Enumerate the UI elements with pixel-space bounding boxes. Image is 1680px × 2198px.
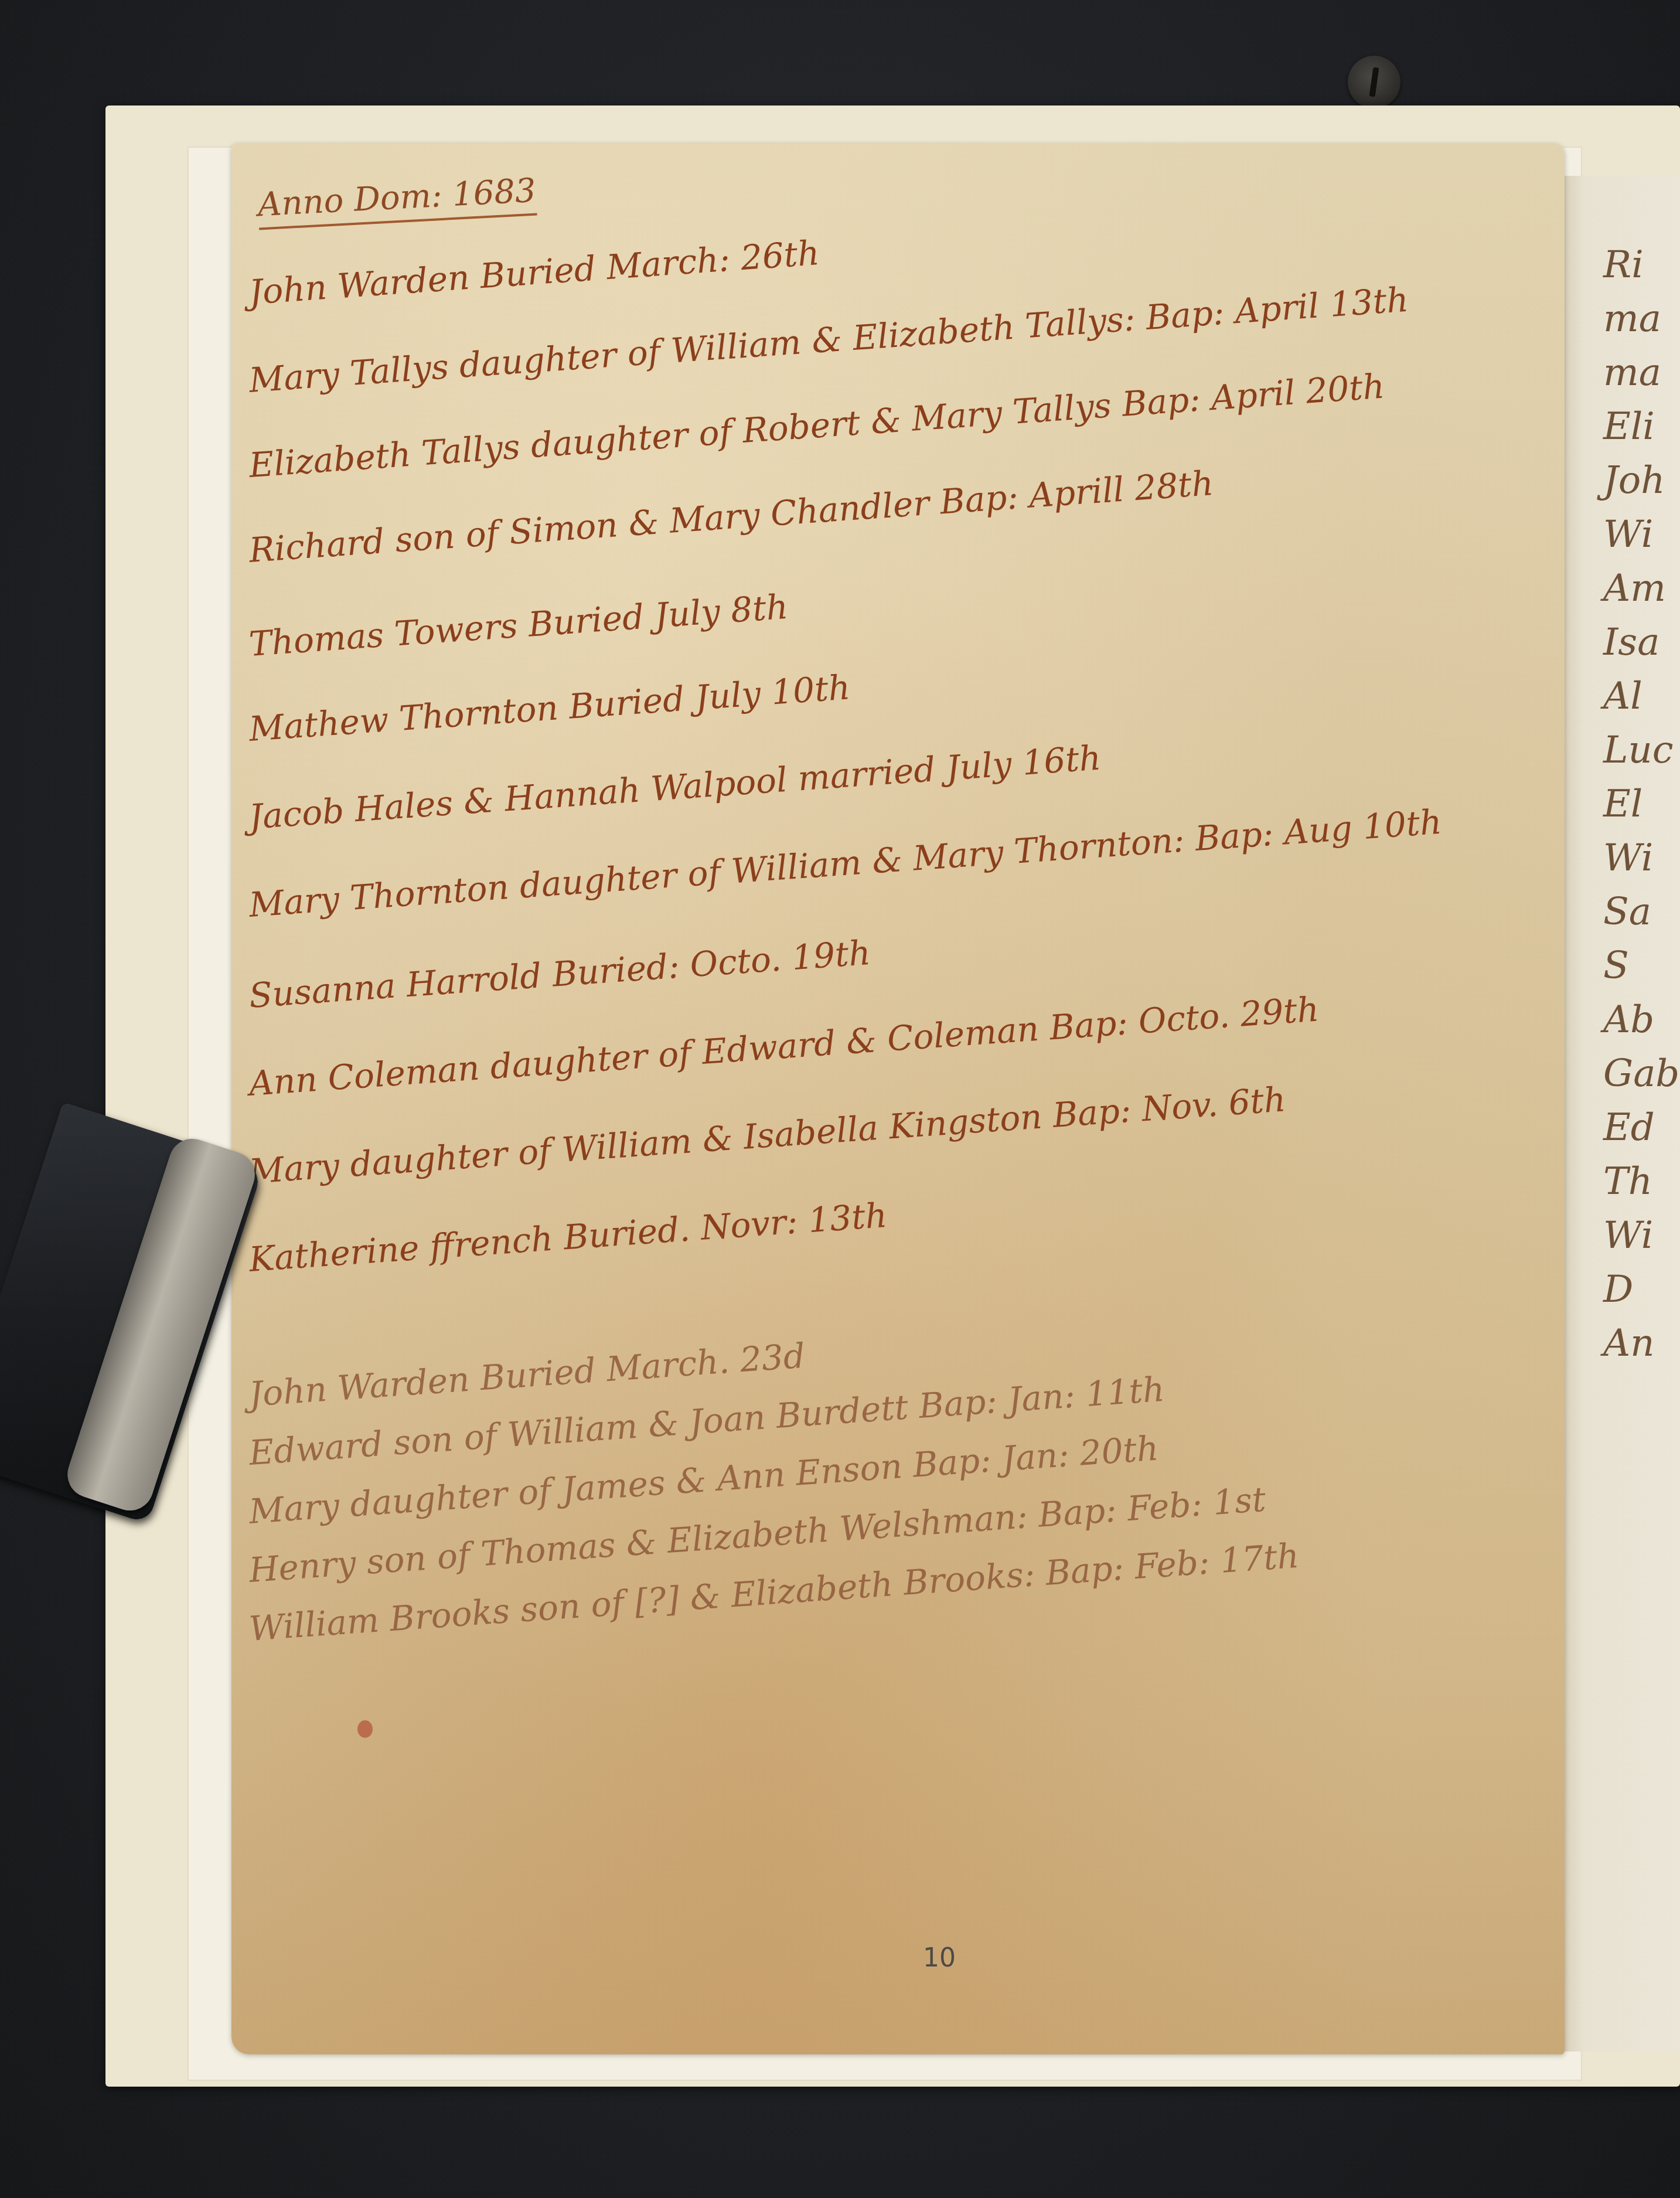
register-entry: Richard son of Simon & Mary Chandler Bap… <box>248 463 1215 570</box>
facing-fragment: El <box>1603 785 1679 823</box>
facing-fragment: Wi <box>1603 516 1679 553</box>
register-entry: Mary daughter of William & Isabella King… <box>248 1079 1287 1192</box>
facing-fragment: S <box>1603 947 1679 985</box>
facing-fragment: Ab <box>1603 1001 1679 1039</box>
ink-stain <box>357 1720 373 1738</box>
facing-fragment: Sa <box>1603 893 1679 931</box>
facing-fragment: Al <box>1603 678 1679 715</box>
register-entry: Susanna Harrold Buried: Octo. 19th <box>248 933 872 1016</box>
facing-fragment: ma <box>1603 354 1679 392</box>
facing-fragment: ma <box>1603 300 1679 338</box>
facing-fragment: Am <box>1603 570 1679 607</box>
register-entry: Mathew Thornton Buried July 10th <box>248 667 851 749</box>
screw-icon <box>1348 56 1400 108</box>
register-entry: Ann Coleman daughter of Edward & Coleman… <box>248 989 1320 1104</box>
facing-fragment: Ri <box>1603 246 1679 284</box>
register-entry: Jacob Hales & Hannah Walpool married Jul… <box>248 737 1102 836</box>
page-heading: Anno Dom: 1683 <box>257 172 537 230</box>
facing-fragment: Ed <box>1603 1109 1679 1146</box>
register-entry: Thomas Towers Buried July 8th <box>248 587 789 664</box>
facing-fragment: Wi <box>1603 839 1679 877</box>
facing-page: Ri ma ma Eli Joh Wi Am Isa Al Luc El Wi … <box>1559 176 1680 2051</box>
book-clip <box>0 1102 293 1547</box>
facing-fragment: D <box>1603 1271 1679 1308</box>
facing-fragment: Joh <box>1603 462 1679 499</box>
facing-fragment: Gab <box>1603 1055 1679 1093</box>
register-entry: John Warden Buried March: 26th <box>248 233 821 312</box>
facing-fragment: Eli <box>1603 408 1679 445</box>
facing-fragment: Isa <box>1603 624 1679 661</box>
facing-page-fragments: Ri ma ma Eli Joh Wi Am Isa Al Luc El Wi … <box>1603 246 1679 1362</box>
manuscript-leaf: Anno Dom: 1683 John Warden Buried March:… <box>231 144 1565 2054</box>
facing-fragment: Luc <box>1603 731 1679 769</box>
register-entry: Katherine ffrench Buried. Novr: 13th <box>248 1195 888 1280</box>
facing-fragment: An <box>1603 1325 1679 1362</box>
facing-fragment: Wi <box>1603 1217 1679 1254</box>
page-number: 10 <box>923 1943 956 1973</box>
facing-fragment: Th <box>1603 1163 1679 1200</box>
